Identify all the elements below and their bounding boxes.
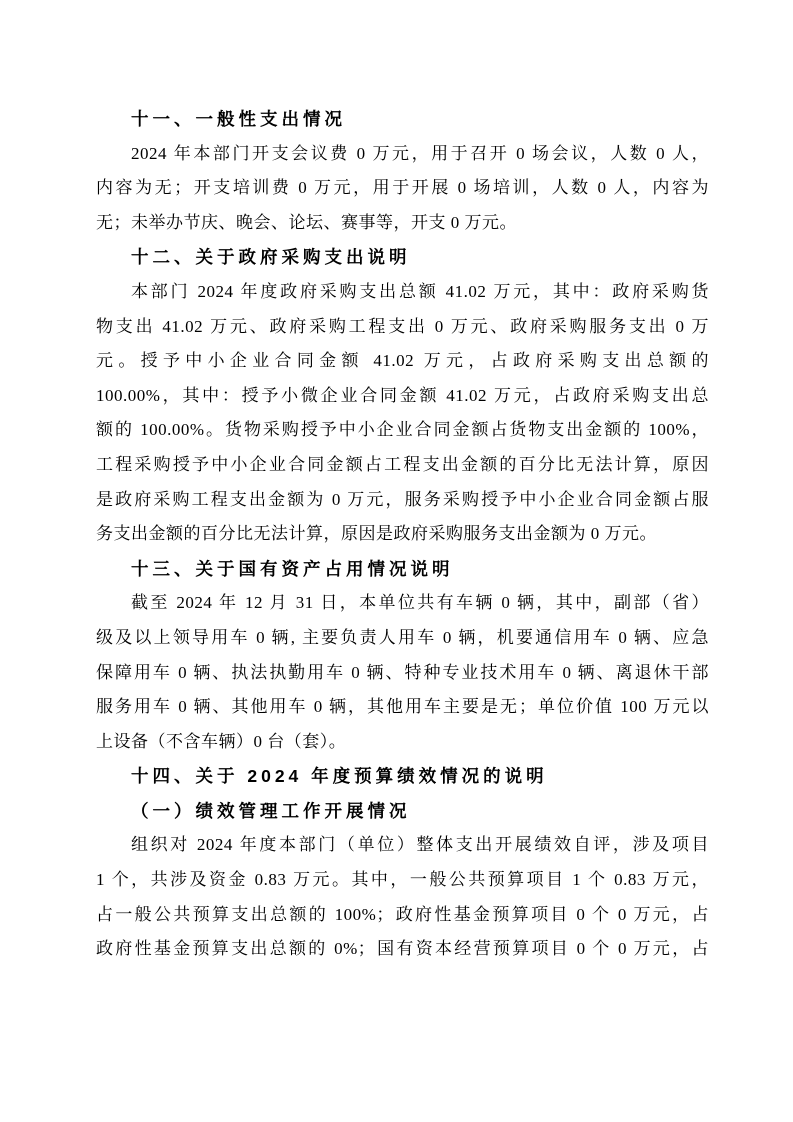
text-line: 服务用车 0 辆、其他用车 0 辆，其他用车主要是无；单位价值 100 万元以 bbox=[96, 690, 709, 725]
text-line: 本部门 2024 年度政府采购支出总额 41.02 万元，其中：政府采购货 bbox=[96, 275, 709, 310]
text-line: 2024 年本部门开支会议费 0 万元，用于召开 0 场会议，人数 0 人， bbox=[96, 137, 709, 172]
section-heading: 十一、一般性支出情况 bbox=[96, 102, 709, 137]
text-line: 占一般公共预算支出总额的 100%；政府性基金预算项目 0 个 0 万元，占 bbox=[96, 898, 709, 933]
text-line: 1 个，共涉及资金 0.83 万元。其中，一般公共预算项目 1 个 0.83 万… bbox=[96, 863, 709, 898]
text-line: 元。授予中小企业合同金额 41.02 万元，占政府采购支出总额的 bbox=[96, 344, 709, 379]
section: 十三、关于国有资产占用情况说明截至 2024 年 12 月 31 日，本单位共有… bbox=[96, 552, 709, 760]
section: 十四、关于 2024 年度预算绩效情况的说明（一）绩效管理工作开展情况组织对 2… bbox=[96, 759, 709, 967]
text-line: 内容为无；开支培训费 0 万元，用于开展 0 场培训，人数 0 人，内容为 bbox=[96, 171, 709, 206]
text-line: 保障用车 0 辆、执法执勤用车 0 辆、特种专业技术用车 0 辆、离退休干部 bbox=[96, 656, 709, 691]
text-line: 政府性基金预算支出总额的 0%；国有资本经营预算项目 0 个 0 万元，占 bbox=[96, 932, 709, 967]
text-line: 截至 2024 年 12 月 31 日，本单位共有车辆 0 辆，其中，副部（省） bbox=[96, 586, 709, 621]
text-line: 组织对 2024 年度本部门（单位）整体支出开展绩效自评，涉及项目 bbox=[96, 828, 709, 863]
text-line: 工程采购授予中小企业合同金额占工程支出金额的百分比无法计算，原因 bbox=[96, 448, 709, 483]
text-line: 无；未举办节庆、晚会、论坛、赛事等，开支 0 万元。 bbox=[96, 206, 709, 241]
section-subheading: （一）绩效管理工作开展情况 bbox=[96, 794, 709, 829]
text-line: 100.00%，其中：授予小微企业合同金额 41.02 万元，占政府采购支出总 bbox=[96, 379, 709, 414]
document-page: 十一、一般性支出情况2024 年本部门开支会议费 0 万元，用于召开 0 场会议… bbox=[0, 0, 793, 1122]
text-line: 额的 100.00%。货物采购授予中小企业合同金额占货物支出金额的 100%， bbox=[96, 413, 709, 448]
text-line: 务支出金额的百分比无法计算，原因是政府采购服务支出金额为 0 万元。 bbox=[96, 517, 709, 552]
section: 十二、关于政府采购支出说明本部门 2024 年度政府采购支出总额 41.02 万… bbox=[96, 240, 709, 551]
section: 十一、一般性支出情况2024 年本部门开支会议费 0 万元，用于召开 0 场会议… bbox=[96, 102, 709, 240]
text-line: 是政府采购工程支出金额为 0 万元，服务采购授予中小企业合同金额占服 bbox=[96, 483, 709, 518]
text-line: 级及以上领导用车 0 辆, 主要负责人用车 0 辆，机要通信用车 0 辆、应急 bbox=[96, 621, 709, 656]
section-heading: 十四、关于 2024 年度预算绩效情况的说明 bbox=[96, 759, 709, 794]
text-line: 物支出 41.02 万元、政府采购工程支出 0 万元、政府采购服务支出 0 万 bbox=[96, 310, 709, 345]
section-heading: 十三、关于国有资产占用情况说明 bbox=[96, 552, 709, 587]
text-line: 上设备（不含车辆）0 台（套）。 bbox=[96, 725, 709, 760]
section-heading: 十二、关于政府采购支出说明 bbox=[96, 240, 709, 275]
